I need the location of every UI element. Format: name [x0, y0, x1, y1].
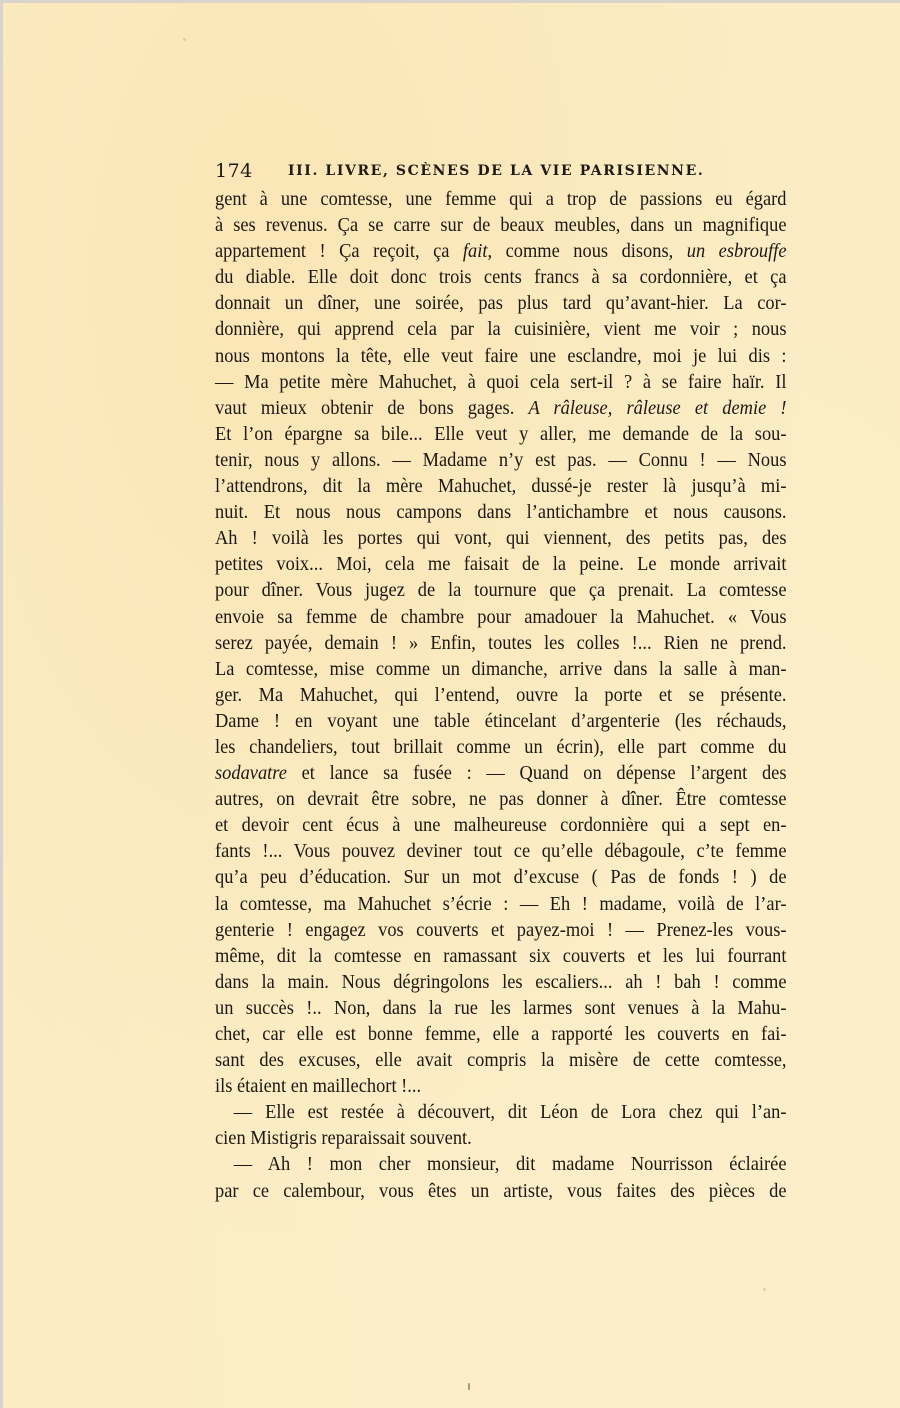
text-line: Dame ! en voyant une table étincelant d’… — [215, 709, 787, 735]
text-line: un succès !.. Non, dans la rue les larme… — [215, 996, 787, 1022]
text-line: sant des excuses, elle avait compris la … — [215, 1048, 787, 1074]
text-line: qu’a peu d’éducation. Sur un mot d’excus… — [215, 865, 787, 891]
text-line: cien Mistigris reparaissait souvent. — [215, 1126, 787, 1152]
italic-term: fait — [463, 241, 488, 262]
text-line: donnait un dîner, une soirée, pas plus t… — [215, 291, 787, 317]
text-line: fants !... Vous pouvez deviner tout ce q… — [215, 839, 787, 865]
text-line: — Ma petite mère Mahuchet, à quoi cela s… — [215, 370, 787, 396]
text-line: chet, car elle est bonne femme, elle a r… — [215, 1022, 787, 1048]
page-header: 174 III. LIVRE, SCÈNES DE LA VIE PARISIE… — [215, 160, 787, 186]
text-line: nous montons la tête, elle veut faire un… — [215, 344, 787, 370]
text-line: et devoir cent écus à une malheureuse co… — [215, 813, 787, 839]
text-line: du diable. Elle doit donc trois cents fr… — [215, 265, 787, 291]
text-line: autres, on devrait être sobre, ne pas do… — [215, 787, 787, 813]
text-line: Ah ! voilà les portes qui vont, qui vien… — [215, 526, 787, 552]
text-line: tenir, nous y allons. — Madame n’y est p… — [215, 448, 787, 474]
text-line: par ce calembour, vous êtes un artiste, … — [215, 1179, 787, 1205]
text-line: ils étaient en maillechort !... — [215, 1074, 787, 1100]
text-line: appartement ! Ça reçoit, ça fait, comme … — [215, 239, 787, 265]
text-line: envoie sa femme de chambre pour amadouer… — [215, 605, 787, 631]
text-line: dans la main. Nous dégringolons les esca… — [215, 970, 787, 996]
body-text: gent à une comtesse, une femme qui a tro… — [215, 187, 787, 1205]
text-line: Et l’on épargne sa bile... Elle veut y a… — [215, 422, 787, 448]
text-line: l’attendrons, dit la mère Mahuchet, duss… — [215, 474, 787, 500]
paper-speck — [763, 1288, 766, 1291]
text-line: — Elle est restée à découvert, dit Léon … — [215, 1100, 787, 1126]
text-line: donnière, qui apprend cela par la cuisin… — [215, 317, 787, 343]
text-line: les chandeliers, tout brillait comme un … — [215, 735, 787, 761]
text-line: — Ah ! mon cher monsieur, dit madame Nou… — [215, 1152, 787, 1178]
text-line: La comtesse, mise comme un dimanche, arr… — [215, 657, 787, 683]
page-number: 174 — [215, 160, 253, 182]
text-line: nuit. Et nous nous campons dans l’antich… — [215, 500, 787, 526]
text-line: petites voix... Moi, cela me faisait de … — [215, 552, 787, 578]
text-line: même, dit la comtesse en ramassant six c… — [215, 944, 787, 970]
text-line: serez payée, demain ! » Enfin, toutes le… — [215, 631, 787, 657]
italic-term: sodavatre — [215, 763, 287, 784]
text-line: sodavatre et lance sa fusée : — Quand on… — [215, 761, 787, 787]
text-line: pour dîner. Vous jugez de la tournure qu… — [215, 578, 787, 604]
text-line: vaut mieux obtenir de bons gages. A râle… — [215, 396, 787, 422]
text-line: gent à une comtesse, une femme qui a tro… — [215, 187, 787, 213]
italic-phrase: A râleuse, râleuse et demie ! — [528, 398, 786, 419]
text-line: à ses revenus. Ça se carre sur de beaux … — [215, 213, 787, 239]
book-page: 174 III. LIVRE, SCÈNES DE LA VIE PARISIE… — [3, 3, 900, 1408]
italic-term: un esbrouffe — [687, 241, 787, 262]
text-line: ger. Ma Mahuchet, qui l’entend, ouvre la… — [215, 683, 787, 709]
running-head: III. LIVRE, SCÈNES DE LA VIE PARISIENNE. — [288, 163, 704, 179]
text-line: genterie ! engagez vos couverts et payez… — [215, 918, 787, 944]
text-line: la comtesse, ma Mahuchet s’écrie : — Eh … — [215, 892, 787, 918]
paper-speck — [468, 1383, 470, 1390]
paper-speck — [183, 38, 186, 41]
